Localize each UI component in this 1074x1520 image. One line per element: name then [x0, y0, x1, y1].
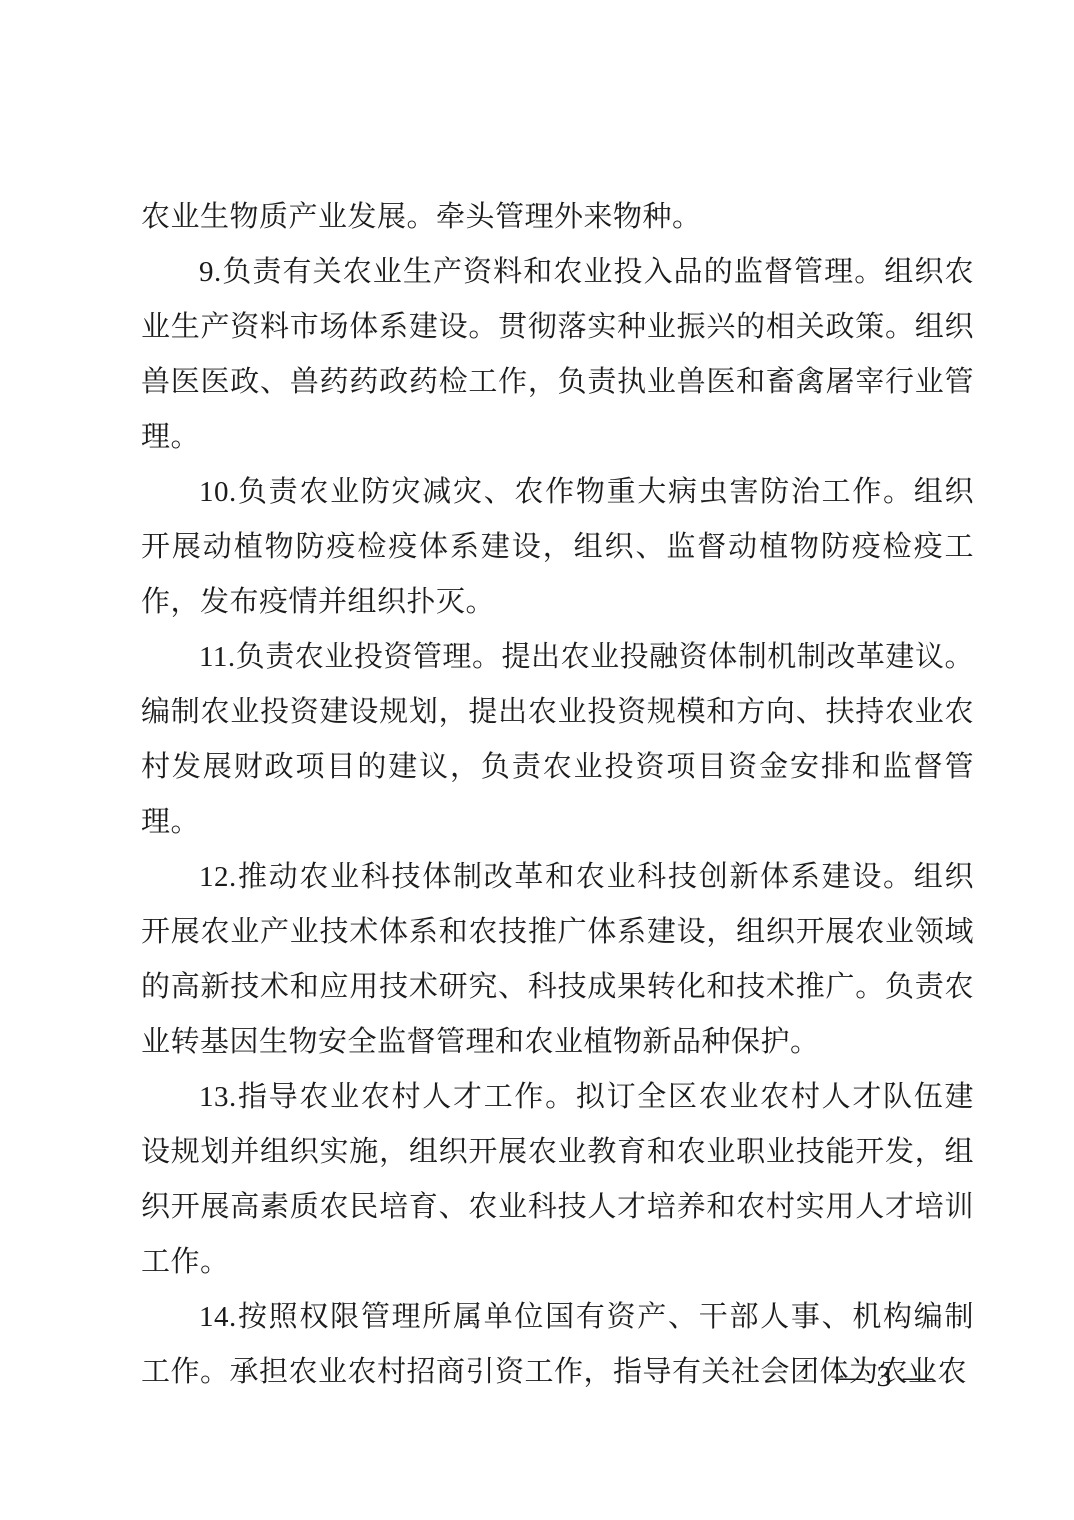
document-page: 农业生物质产业发展。牵头管理外来物种。 9.负责有关农业生产资料和农业投入品的监… [0, 0, 1074, 1520]
page-number: — 3 — [835, 1356, 935, 1398]
body-paragraph-continuation: 农业生物质产业发展。牵头管理外来物种。 [141, 190, 974, 245]
body-paragraph-item-10: 10.负责农业防灾减灾、农作物重大病虫害防治工作。组织开展动植物防疫检疫体系建设… [141, 465, 974, 630]
body-paragraph-item-9: 9.负责有关农业生产资料和农业投入品的监督管理。组织农业生产资料市场体系建设。贯… [141, 245, 974, 465]
body-paragraph-item-12: 12.推动农业科技体制改革和农业科技创新体系建设。组织开展农业产业技术体系和农技… [141, 850, 974, 1070]
body-paragraph-item-13: 13.指导农业农村人才工作。拟订全区农业农村人才队伍建设规划并组织实施，组织开展… [141, 1070, 974, 1290]
body-paragraph-item-11: 11.负责农业投资管理。提出农业投融资体制机制改革建议。编制农业投资建设规划，提… [141, 630, 974, 850]
document-body: 农业生物质产业发展。牵头管理外来物种。 9.负责有关农业生产资料和农业投入品的监… [141, 190, 974, 1400]
